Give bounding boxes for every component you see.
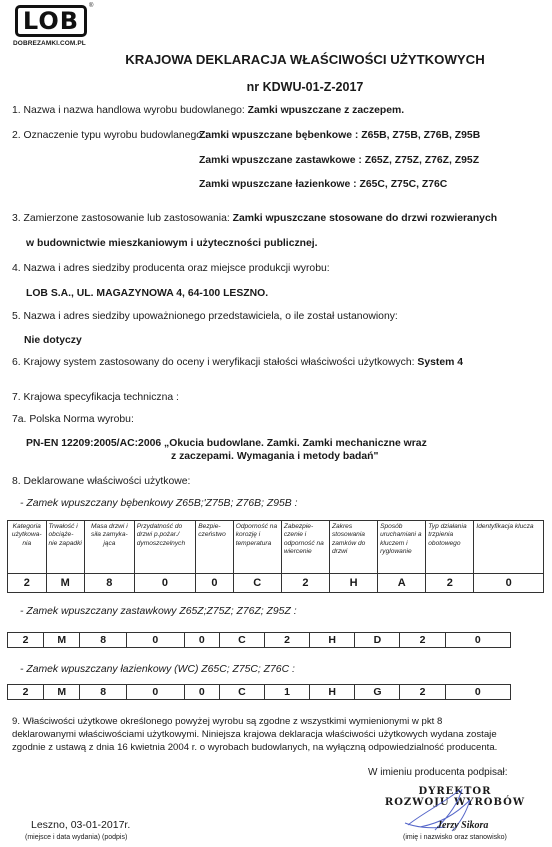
- section-3-label: 3. Zamierzone zastosowanie lub zastosowa…: [12, 213, 230, 224]
- section-5-label: 5. Nazwa i adres siedziby upoważnionego …: [12, 311, 398, 322]
- value-cell: 0: [126, 685, 184, 700]
- value-cell: C: [219, 633, 264, 648]
- section-9-line-1: 9. Właściwości użytkowe określonego powy…: [12, 715, 497, 728]
- section-9-line-2: deklarowanymi właściwościami użytkowymi.…: [12, 728, 497, 741]
- value-cell: 2: [400, 633, 445, 648]
- section-3: 3. Zamierzone zastosowanie lub zastosowa…: [12, 213, 497, 224]
- section-2-type-1: Zamki wpuszczane bębenkowe : Z65B, Z75B,…: [199, 130, 480, 141]
- logo-frame: LOB: [15, 5, 87, 37]
- header-cell: Zabezpie-czenie i odporność na wiercenie: [281, 521, 329, 574]
- header-cell: Trwałość i obciąże-nie zapadki: [46, 521, 85, 574]
- value-cell: 0: [184, 633, 219, 648]
- value-cell: 2: [264, 633, 309, 648]
- section-6-value: System 4: [417, 357, 463, 368]
- section-4-value: LOB S.A., UL. MAGAZYNOWA 4, 64-100 LESZN…: [26, 288, 268, 299]
- value-cell: C: [219, 685, 264, 700]
- header-cell: Masa drzwi i siła zamyka-jąca: [85, 521, 135, 574]
- value-cell: H: [310, 633, 355, 648]
- header-cell: Sposób uruchamiani a kluczem i ryglowani…: [378, 521, 426, 574]
- place-date-caption: (miejsce i data wydania) (podpis): [25, 834, 127, 841]
- group-3-caption: - Zamek wpuszczany łazienkowy (WC) Z65C;…: [20, 664, 295, 675]
- section-7a-value-cont: z zaczepami. Wymagania i metody badań": [171, 451, 378, 462]
- value-cell: 2: [281, 574, 329, 593]
- value-cell: H: [310, 685, 355, 700]
- value-cell: 0: [474, 574, 544, 593]
- logo-text: LOB: [20, 8, 82, 34]
- section-6: 6. Krajowy system zastosowany do oceny i…: [12, 357, 463, 368]
- value-cell: H: [329, 574, 377, 593]
- section-8-label: 8. Deklarowane właściwości użytkowe:: [12, 476, 190, 487]
- section-3-value: Zamki wpuszczane stosowane do drzwi rozw…: [233, 213, 497, 224]
- table-row: 2 M 8 0 0 C 2 H A 2 0: [8, 574, 544, 593]
- properties-header-row: Kategoria użytkowa-nia Trwałość i obciąż…: [8, 521, 544, 574]
- header-cell: Identyfikacja klucza: [474, 521, 544, 574]
- section-3-value-cont: w budownictwie mieszkaniowym i użyteczno…: [26, 238, 318, 249]
- value-cell: 0: [134, 574, 196, 593]
- signed-on-behalf-label: W imieniu producenta podpisał:: [368, 767, 508, 778]
- header-cell: Bezpie-czeństwo: [196, 521, 233, 574]
- header-cell: Typ działania trzpienia obotowego: [426, 521, 474, 574]
- document-title: KRAJOWA DEKLARACJA WŁAŚCIWOŚCI UŻYTKOWYC…: [0, 52, 552, 67]
- place-date: Leszno, 03-01-2017r.: [31, 819, 130, 831]
- value-cell: 2: [8, 685, 44, 700]
- signer-caption: (imię i nazwisko oraz stanowisko): [403, 834, 507, 841]
- group-1-caption: - Zamek wpuszczany bębenkowy Z65B;'Z75B;…: [20, 498, 297, 509]
- value-cell: 0: [445, 633, 510, 648]
- registered-mark: ®: [89, 3, 93, 9]
- section-2-label: 2. Oznaczenie typu wyrobu budowlanego :: [12, 130, 208, 141]
- table-row: 2 M 8 0 0 C 2 H D 2 0: [8, 633, 511, 648]
- value-cell: 0: [126, 633, 184, 648]
- logo-url: DOBREZAMKI.COM.PL: [13, 40, 86, 47]
- section-1: 1. Nazwa i nazwa handlowa wyrobu budowla…: [12, 105, 404, 116]
- value-cell: M: [44, 685, 80, 700]
- value-cell: A: [378, 574, 426, 593]
- value-cell: 2: [426, 574, 474, 593]
- value-cell: 0: [445, 685, 510, 700]
- value-cell: 1: [264, 685, 309, 700]
- value-cell: 8: [80, 633, 127, 648]
- value-cell: 2: [8, 574, 47, 593]
- value-cell: 2: [8, 633, 44, 648]
- table-row: 2 M 8 0 0 C 1 H G 2 0: [8, 685, 511, 700]
- section-6-label: 6. Krajowy system zastosowany do oceny i…: [12, 357, 415, 368]
- section-1-label: 1. Nazwa i nazwa handlowa wyrobu budowla…: [12, 105, 245, 116]
- value-cell: 8: [85, 574, 135, 593]
- properties-table-drum: Kategoria użytkowa-nia Trwałość i obciąż…: [7, 520, 544, 593]
- group-2-caption: - Zamek wpuszczany zastawkowy Z65Z;Z75Z;…: [20, 606, 297, 617]
- section-2-type-3: Zamki wpuszczane łazienkowe : Z65C, Z75C…: [199, 179, 447, 190]
- value-cell: G: [355, 685, 400, 700]
- properties-table-bathroom: 2 M 8 0 0 C 1 H G 2 0: [7, 684, 511, 700]
- header-cell: Kategoria użytkowa-nia: [8, 521, 47, 574]
- value-cell: M: [44, 633, 80, 648]
- section-2-type-2: Zamki wpuszczane zastawkowe : Z65Z, Z75Z…: [199, 155, 479, 166]
- value-cell: M: [46, 574, 85, 593]
- value-cell: C: [233, 574, 281, 593]
- value-cell: 2: [400, 685, 445, 700]
- value-cell: 0: [184, 685, 219, 700]
- section-1-value: Zamki wpuszczane z zaczepem.: [248, 105, 405, 116]
- section-9-line-3: zgodnie z ustawą z dnia 16 kwietnia 2004…: [12, 741, 497, 754]
- value-cell: 8: [80, 685, 127, 700]
- section-9: 9. Właściwości użytkowe określonego powy…: [12, 715, 497, 754]
- section-4-label: 4. Nazwa i adres siedziby producenta ora…: [12, 263, 330, 274]
- signer-name: Jerzy Sikora: [437, 820, 488, 831]
- properties-table-latch: 2 M 8 0 0 C 2 H D 2 0: [7, 632, 511, 648]
- header-cell: Przydatność do drzwi p.pożar./ dymoszcze…: [134, 521, 196, 574]
- document-number: nr KDWU-01-Z-2017: [0, 80, 552, 94]
- value-cell: 0: [196, 574, 233, 593]
- header-cell: Odporność na korozję i temperatura: [233, 521, 281, 574]
- section-7-label: 7. Krajowa specyfikacja techniczna :: [12, 392, 179, 403]
- section-7a-value: PN-EN 12209:2005/AC:2006 „Okucia budowla…: [26, 438, 427, 449]
- header-cell: Zakres stosowania zamków do drzwi: [329, 521, 377, 574]
- section-7a-label: 7a. Polska Norma wyrobu:: [12, 414, 134, 425]
- section-5-value: Nie dotyczy: [24, 335, 82, 346]
- value-cell: D: [355, 633, 400, 648]
